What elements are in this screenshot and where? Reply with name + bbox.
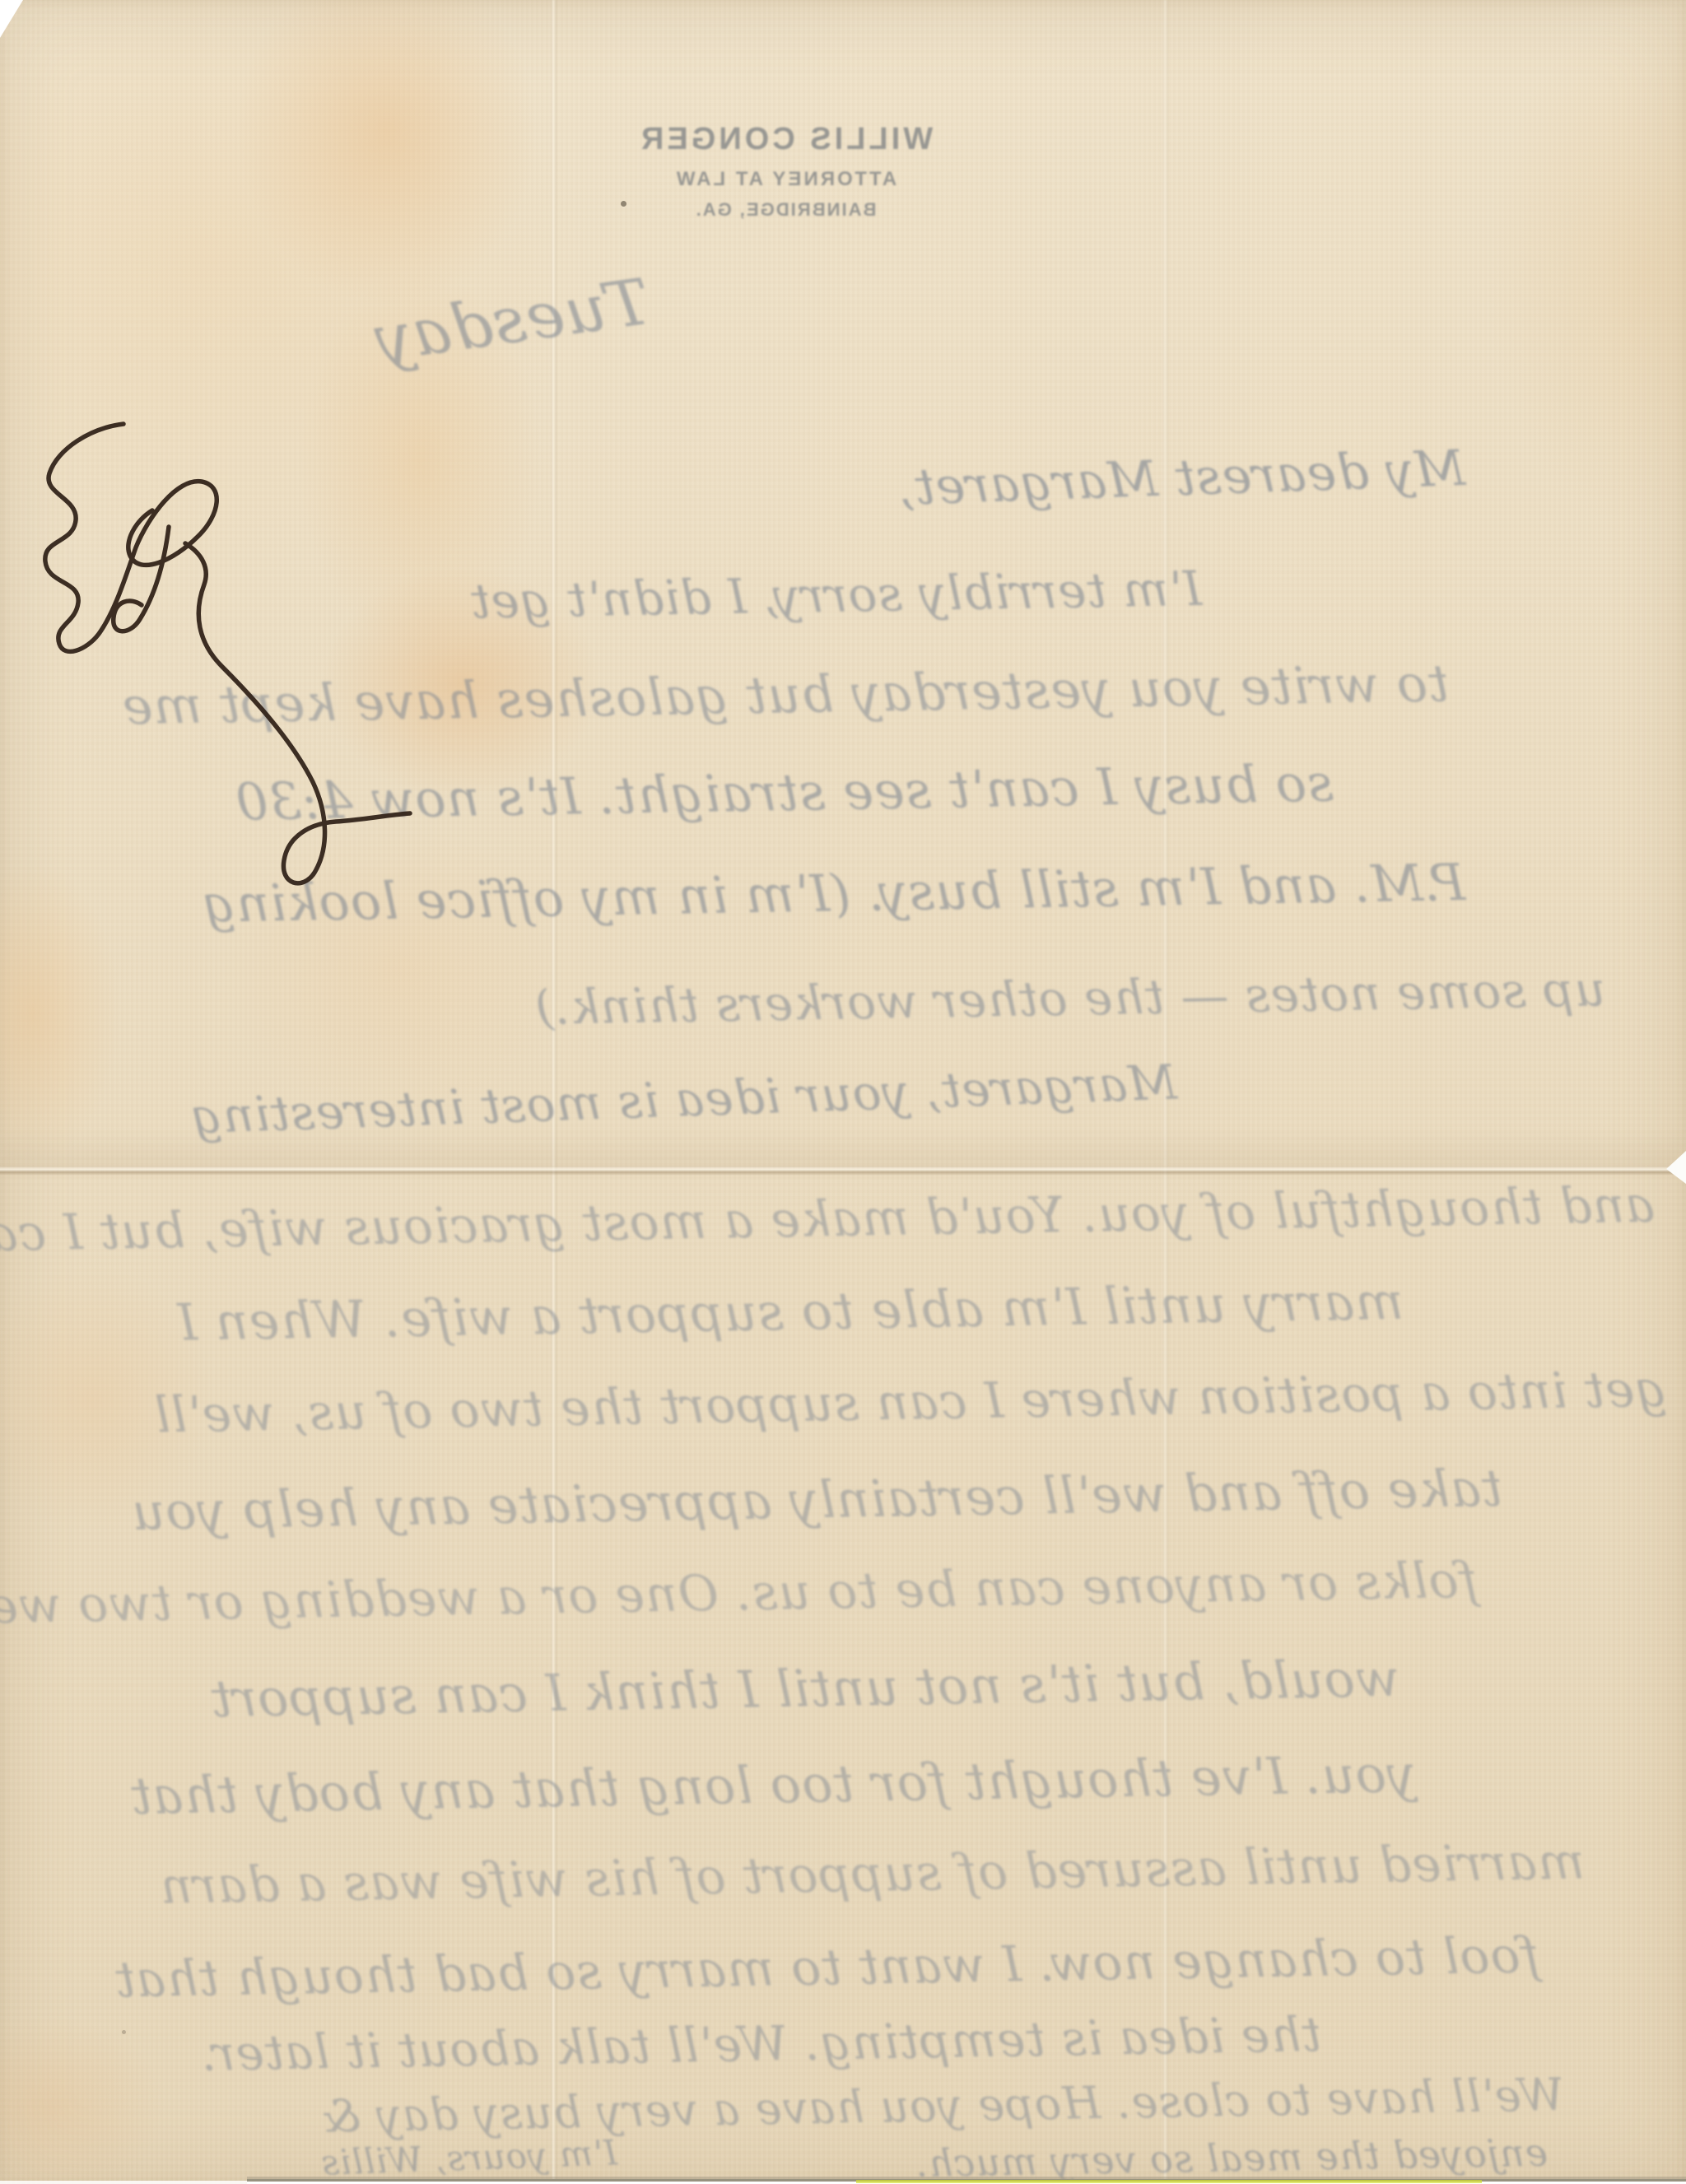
letterhead-title: ATTORNEY AT LAW: [634, 168, 937, 191]
letterhead-location: BAINBRIDGE, GA.: [634, 199, 937, 221]
scanner-bottom-edge-left: [0, 2181, 247, 2184]
fold-crease-horizontal: [0, 1166, 1686, 1176]
bleedthrough-line: I'm terribly sorry, I didn't get: [526, 561, 1202, 628]
letterhead-name: WILLIS CONGER: [634, 122, 937, 157]
letterhead-bleedthrough: WILLIS CONGER ATTORNEY AT LAW BAINBRIDGE…: [634, 122, 937, 221]
paper-speck: [621, 201, 626, 207]
paper-speck: [122, 2030, 126, 2034]
scanner-artifact-line: [856, 2180, 1482, 2183]
letter-page: WILLIS CONGER ATTORNEY AT LAW BAINBRIDGE…: [0, 0, 1686, 2184]
